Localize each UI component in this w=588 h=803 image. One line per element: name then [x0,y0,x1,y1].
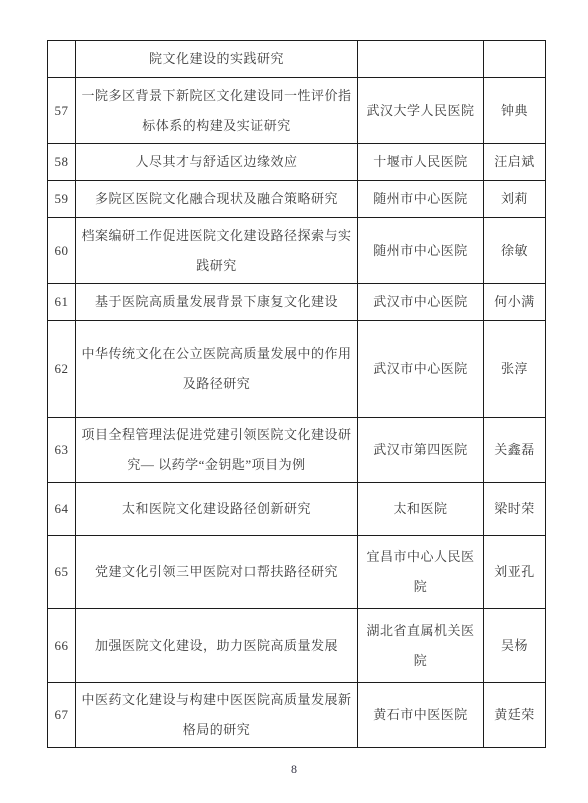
cell-hospital: 太和医院 [358,483,484,536]
cell-title: 党建文化引领三甲医院对口帮扶路径研究 [76,536,358,609]
cell-title: 档案编研工作促进医院文化建设路径探索与实践研究 [76,218,358,284]
cell-number: 61 [48,284,76,321]
table-row: 58 人尽其才与舒适区边缘效应 十堰市人民医院 汪启斌 [48,144,546,181]
cell-hospital: 黄石市中医医院 [358,683,484,748]
cell-name: 刘亚孔 [484,536,546,609]
table-row: 61 基于医院高质量发展背景下康复文化建设 武汉市中心医院 何小满 [48,284,546,321]
cell-title: 中医药文化建设与构建中医医院高质量发展新格局的研究 [76,683,358,748]
cell-hospital: 湖北省直属机关医院 [358,609,484,683]
cell-title: 多院区医院文化融合现状及融合策略研究 [76,181,358,218]
table-row: 67 中医药文化建设与构建中医医院高质量发展新格局的研究 黄石市中医医院 黄廷荣 [48,683,546,748]
cell-title: 加强医院文化建设，助力医院高质量发展 [76,609,358,683]
cell-hospital: 随州市中心医院 [358,181,484,218]
cell-name: 黄廷荣 [484,683,546,748]
table-row: 59 多院区医院文化融合现状及融合策略研究 随州市中心医院 刘莉 [48,181,546,218]
cell-hospital: 武汉市中心医院 [358,284,484,321]
cell-title: 人尽其才与舒适区边缘效应 [76,144,358,181]
cell-number: 60 [48,218,76,284]
cell-number [48,41,76,78]
cell-number: 59 [48,181,76,218]
cell-number: 62 [48,321,76,418]
cell-title: 中华传统文化在公立医院高质量发展中的作用及路径研究 [76,321,358,418]
cell-hospital: 随州市中心医院 [358,218,484,284]
cell-number: 63 [48,418,76,483]
cell-hospital: 武汉市中心医院 [358,321,484,418]
cell-title: 基于医院高质量发展背景下康复文化建设 [76,284,358,321]
cell-name [484,41,546,78]
cell-number: 67 [48,683,76,748]
cell-hospital: 武汉市第四医院 [358,418,484,483]
page-number: 8 [0,762,588,777]
cell-number: 58 [48,144,76,181]
project-table: 院文化建设的实践研究 57 一院多区背景下新院区文化建设同一性评价指标体系的构建… [47,40,546,748]
cell-name: 何小满 [484,284,546,321]
table-row: 66 加强医院文化建设，助力医院高质量发展 湖北省直属机关医院 吴杨 [48,609,546,683]
table-row: 62 中华传统文化在公立医院高质量发展中的作用及路径研究 武汉市中心医院 张淳 [48,321,546,418]
cell-title: 太和医院文化建设路径创新研究 [76,483,358,536]
cell-hospital: 武汉大学人民医院 [358,78,484,144]
cell-number: 57 [48,78,76,144]
cell-name: 钟典 [484,78,546,144]
cell-name: 吴杨 [484,609,546,683]
cell-name: 刘莉 [484,181,546,218]
cell-number: 65 [48,536,76,609]
cell-name: 徐敏 [484,218,546,284]
table-row: 65 党建文化引领三甲医院对口帮扶路径研究 宜昌市中心人民医院 刘亚孔 [48,536,546,609]
document-page: 院文化建设的实践研究 57 一院多区背景下新院区文化建设同一性评价指标体系的构建… [0,0,588,803]
table-row: 57 一院多区背景下新院区文化建设同一性评价指标体系的构建及实证研究 武汉大学人… [48,78,546,144]
cell-number: 64 [48,483,76,536]
cell-hospital: 十堰市人民医院 [358,144,484,181]
cell-name: 梁时荣 [484,483,546,536]
cell-name: 汪启斌 [484,144,546,181]
cell-name: 关鑫磊 [484,418,546,483]
cell-title: 项目全程管理法促进党建引领医院文化建设研究— 以药学“金钥匙”项目为例 [76,418,358,483]
cell-hospital [358,41,484,78]
table-row: 64 太和医院文化建设路径创新研究 太和医院 梁时荣 [48,483,546,536]
cell-hospital: 宜昌市中心人民医院 [358,536,484,609]
table-row: 60 档案编研工作促进医院文化建设路径探索与实践研究 随州市中心医院 徐敏 [48,218,546,284]
cell-number: 66 [48,609,76,683]
cell-title: 院文化建设的实践研究 [76,41,358,78]
table-row: 院文化建设的实践研究 [48,41,546,78]
table-row: 63 项目全程管理法促进党建引领医院文化建设研究— 以药学“金钥匙”项目为例 武… [48,418,546,483]
cell-title: 一院多区背景下新院区文化建设同一性评价指标体系的构建及实证研究 [76,78,358,144]
cell-name: 张淳 [484,321,546,418]
